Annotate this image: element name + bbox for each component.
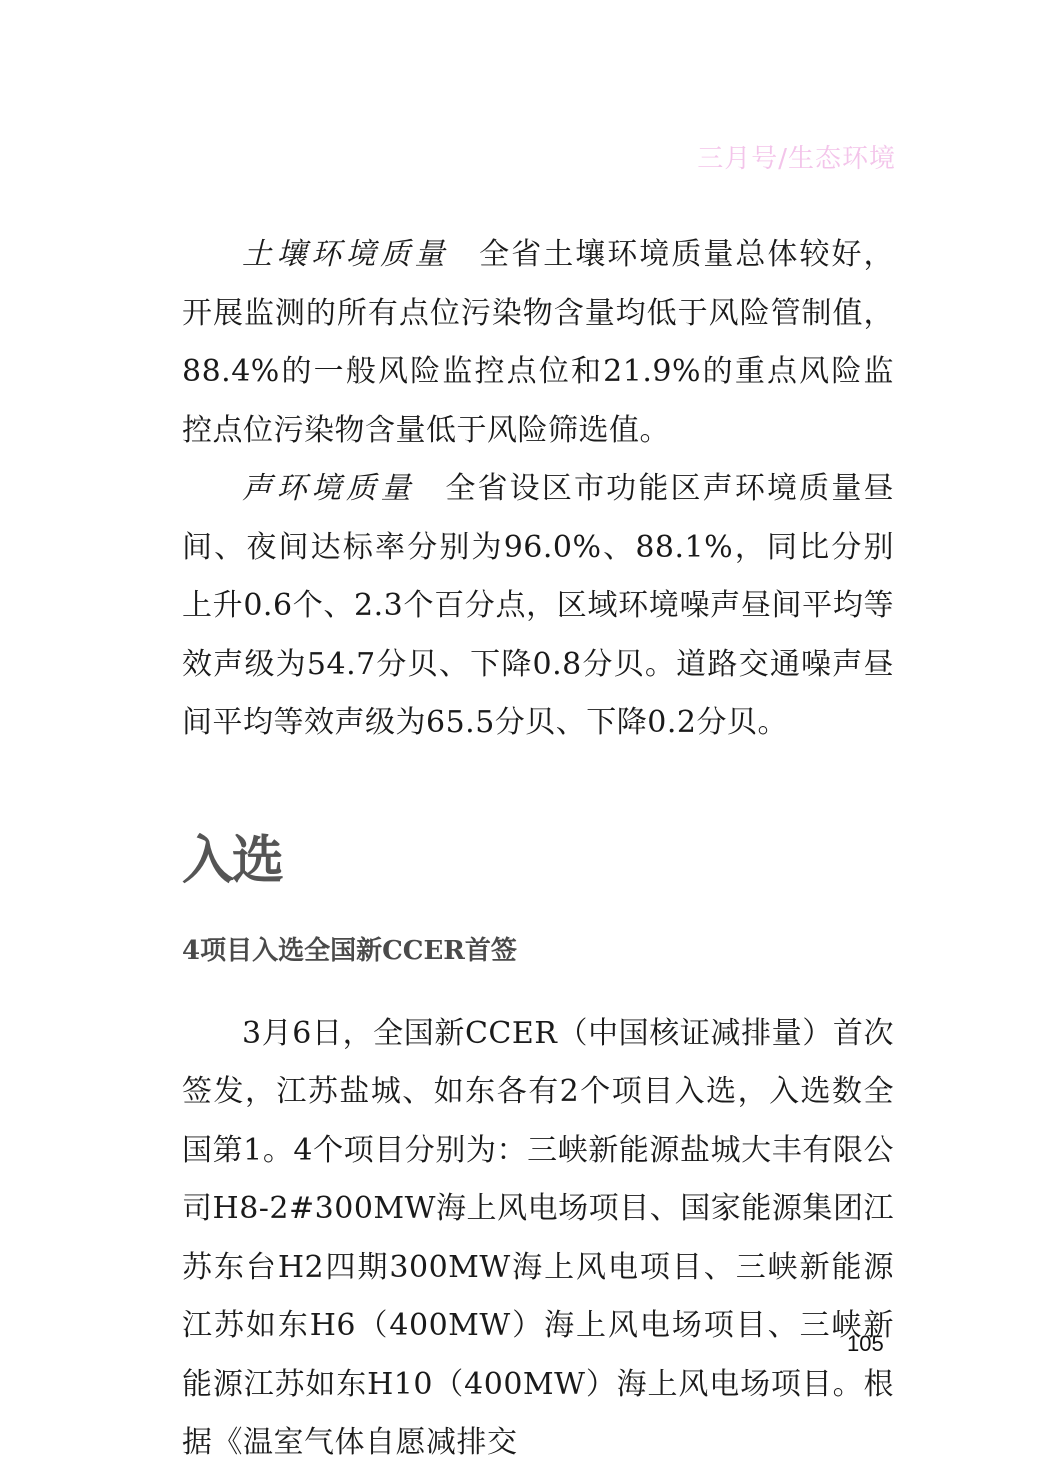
noise-quality-paragraph: 声环境质量全省设区市功能区声环境质量昼间、夜间达标率分别为96.0%、88.1%…: [182, 460, 894, 753]
article-body: 3月6日，全国新CCER（中国核证减排量）首次签发，江苏盐城、如东各有2个项目入…: [182, 1005, 894, 1465]
soil-quality-lead: 土壤环境质量: [242, 237, 449, 272]
page-number: 105: [847, 1331, 884, 1357]
soil-quality-paragraph: 土壤环境质量全省土壤环境质量总体较好，开展监测的所有点位污染物含量均低于风险管制…: [182, 226, 894, 460]
noise-quality-lead: 声环境质量: [242, 471, 415, 506]
noise-quality-text: 全省设区市功能区声环境质量昼间、夜间达标率分别为96.0%、88.1%，同比分别…: [182, 471, 894, 740]
section-title: 入选: [182, 831, 894, 891]
running-header: 三月号/生态环境: [697, 138, 896, 175]
article-headline: 4项目入选全国新CCER首签: [182, 931, 894, 971]
page-content: 土壤环境质量全省土壤环境质量总体较好，开展监测的所有点位污染物含量均低于风险管制…: [182, 226, 894, 1465]
